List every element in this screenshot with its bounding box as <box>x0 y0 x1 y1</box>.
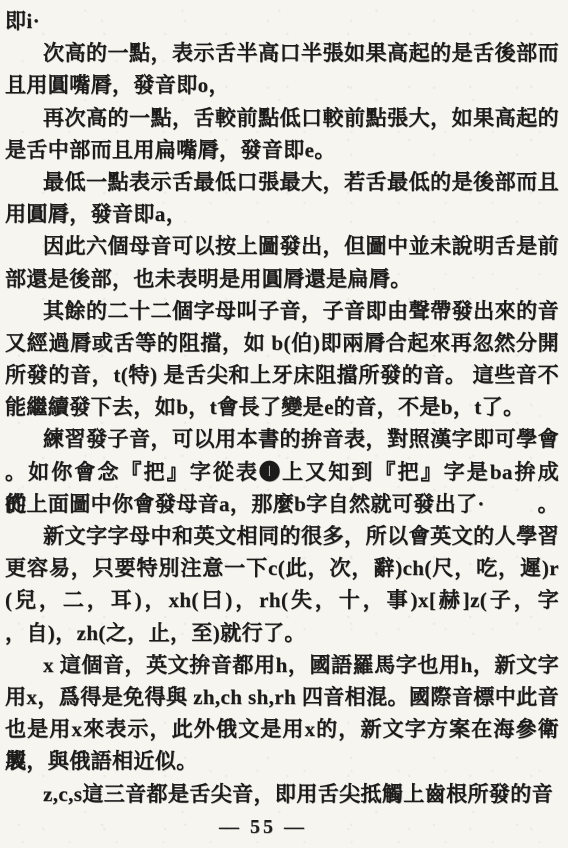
text-line: 次高的一點，表示舌半高口半張如果高起的是舌後部而 <box>43 37 559 69</box>
text-line: 新文字字母中和英文相同的很多，所以會英文的人學習 <box>43 520 559 552</box>
text-line: 練習發子音，可以用本書的拚音表，對照漢字即可學會 <box>43 423 559 455</box>
text-line: 是舌中部而且用扁嘴脣，發音即e。 <box>5 134 559 166</box>
text-line: 成，與俄語相近似。 <box>5 745 559 777</box>
text-line: 且用圓嘴脣，發音即o， <box>5 69 559 101</box>
text-line: 又經過脣或舌等的阻擋，如 b(伯)即兩脣合起來再忽然分開 <box>5 327 559 359</box>
page-number: — 55 — <box>0 816 526 839</box>
body-text: 即i· 次高的一點，表示舌半高口半張如果高起的是舌後部而 且用圓嘴脣，發音即o，… <box>5 5 559 810</box>
text-line: 用x，爲得是免得與 zh,ch sh,rh 四音相混。國際音標中此音 <box>5 681 559 713</box>
text-line: 最低一點表示舌最低口張最大，若舌最低的是後部而且 <box>43 166 559 198</box>
text-line: 所發的音，t(特) 是舌尖和上牙床阻擋所發的音。 這些音不 <box>5 359 559 391</box>
text-line: 也是用x來表示，此外俄文是用x的，新文字方案在海參衛製 <box>5 713 559 745</box>
text-line: z,c,s這三音都是舌尖音，即用舌尖抵觸上齒根所發的音 <box>43 778 559 810</box>
text-line: ，自)，zh(之，止，至)就行了。 <box>5 617 559 649</box>
text-line: 部還是後部，也未表明是用圓脣還是扁脣。 <box>5 263 559 295</box>
text-line: (兒，二，耳)，xh(曰)，rh(失，十，事)x[赫]z(子，字 <box>5 584 559 616</box>
text-line: 用圓脣，發音即a， <box>5 198 559 230</box>
scanned-book-page: 即i· 次高的一點，表示舌半高口半張如果高起的是舌後部而 且用圓嘴脣，發音即o，… <box>0 0 568 848</box>
text-line: 其餘的二十二個字母叫子音，子音即由聲帶發出來的音 <box>43 295 559 327</box>
text-line: 因此六個母音可以按上圖發出，但圖中並未說明舌是前 <box>43 230 559 262</box>
text-line: 。如你會念『把』字從表❶上又知到『把』字是ba拚成的。 <box>5 456 559 488</box>
text-line: 即i· <box>5 5 559 37</box>
text-line: 能繼續發下去，如b，t會長了變是e的音，不是b，t了。 <box>5 391 559 423</box>
text-line: x 這個音，英文拚音都用h，國語羅馬字也用h，新文字 <box>43 649 559 681</box>
text-line: 再次高的一點，舌較前點低口較前點張大，如果高起的 <box>43 102 559 134</box>
text-line: 從上面圖中你會發母音a，那麼b字自然就可發出了· <box>5 488 559 520</box>
text-line: 更容易，只要特別注意一下c(此，次，辭)ch(尺，吃，遲)r <box>5 552 559 584</box>
